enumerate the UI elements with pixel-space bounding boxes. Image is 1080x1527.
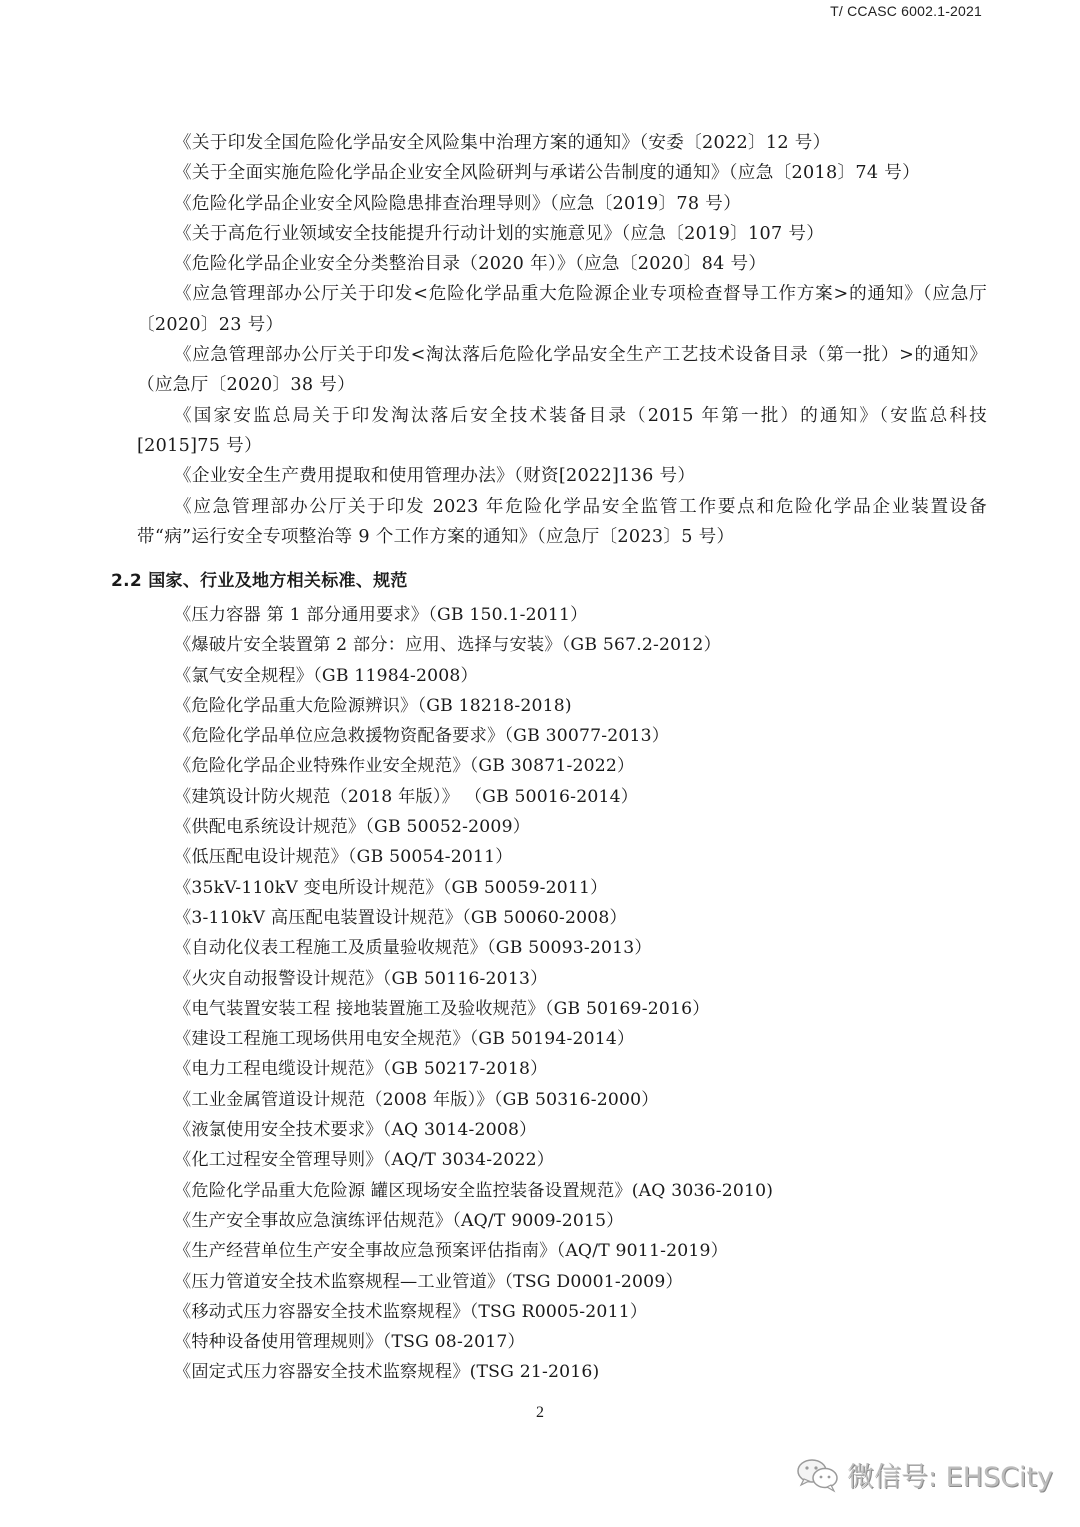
standard-item: 《化工过程安全管理导则》（AQ/T 3034-2022） xyxy=(174,1145,994,1175)
regulation-item: 《国家安监总局关于印发淘汰落后安全技术装备目录（2015 年第一批）的通知》（安… xyxy=(137,401,987,462)
standard-item: 《供配电系统设计规范》（GB 50052-2009） xyxy=(174,812,994,842)
page-number: 2 xyxy=(0,1404,1080,1422)
standard-item: 《建筑设计防火规范（2018 年版）》 （GB 50016-2014） xyxy=(174,782,994,812)
standard-item: 《3-110kV 高压配电装置设计规范》（GB 50060-2008） xyxy=(174,903,994,933)
standard-item: 《压力管道安全技术监察规程—工业管道》（TSG D0001-2009） xyxy=(174,1267,994,1297)
standard-item: 《特种设备使用管理规则》（TSG 08-2017） xyxy=(174,1327,994,1357)
standard-item: 《固定式压力容器安全技术监察规程》(TSG 21-2016) xyxy=(174,1357,994,1387)
regulation-item: 《应急管理部办公厅关于印发<危险化学品重大危险源企业专项检查督导工作方案>的通知… xyxy=(137,279,987,340)
watermark-text: 微信号: EHSCity xyxy=(847,1455,1053,1494)
standard-item: 《爆破片安全装置第 2 部分：应用、选择与安装》（GB 567.2-2012） xyxy=(174,630,994,660)
standard-item: 《建设工程施工现场供用电安全规范》（GB 50194-2014） xyxy=(174,1024,994,1054)
regulation-item: 《关于印发全国危险化学品安全风险集中治理方案的通知》（安委〔2022〕12 号） xyxy=(137,128,987,158)
standard-item: 《35kV-110kV 变电所设计规范》（GB 50059-2011） xyxy=(174,873,994,903)
regulation-item: 《关于高危行业领域安全技能提升行动计划的实施意见》（应急〔2019〕107 号） xyxy=(137,219,987,249)
standard-item: 《危险化学品重大危险源辨识》（GB 18218-2018) xyxy=(174,691,994,721)
standard-item: 《危险化学品企业特殊作业安全规范》（GB 30871-2022） xyxy=(174,751,994,781)
standard-item: 《移动式压力容器安全技术监察规程》（TSG R0005-2011） xyxy=(174,1297,994,1327)
standard-item: 《电气装置安装工程 接地装置施工及验收规范》（GB 50169-2016） xyxy=(174,994,994,1024)
standard-item: 《电力工程电缆设计规范》（GB 50217-2018） xyxy=(174,1054,994,1084)
standard-item: 《压力容器 第 1 部分通用要求》（GB 150.1-2011） xyxy=(174,600,994,630)
standard-item: 《自动化仪表工程施工及质量验收规范》（GB 50093-2013） xyxy=(174,933,994,963)
regulations-list: 《关于印发全国危险化学品安全风险集中治理方案的通知》（安委〔2022〕12 号）… xyxy=(137,128,987,552)
regulation-item: 《应急管理部办公厅关于印发 2023 年危险化学品安全监管工作要点和危险化学品企… xyxy=(137,492,987,553)
standard-item: 《生产安全事故应急演练评估规范》（AQ/T 9009-2015） xyxy=(174,1206,994,1236)
standard-item: 《火灾自动报警设计规范》（GB 50116-2013） xyxy=(174,964,994,994)
standard-item: 《氯气安全规程》（GB 11984-2008） xyxy=(174,661,994,691)
standard-item: 《危险化学品重大危险源 罐区现场安全监控装备设置规范》(AQ 3036-2010… xyxy=(174,1176,994,1206)
standard-item: 《液氯使用安全技术要求》（AQ 3014-2008） xyxy=(174,1115,994,1145)
standard-item: 《工业金属管道设计规范（2008 年版）》（GB 50316-2000） xyxy=(174,1085,994,1115)
document-code: T/ CCASC 6002.1-2021 xyxy=(830,3,982,19)
standard-item: 《生产经营单位生产安全事故应急预案评估指南》（AQ/T 9011-2019） xyxy=(174,1236,994,1266)
standard-item: 《危险化学品单位应急救援物资配备要求》（GB 30077-2013） xyxy=(174,721,994,751)
regulation-item: 《危险化学品企业安全风险隐患排查治理导则》（应急〔2019〕78 号） xyxy=(137,189,987,219)
standards-list: 《压力容器 第 1 部分通用要求》（GB 150.1-2011） 《爆破片安全装… xyxy=(174,600,994,1388)
regulation-item: 《关于全面实施危险化学品企业安全风险研判与承诺公告制度的通知》（应急〔2018〕… xyxy=(137,158,987,188)
regulation-item: 《企业安全生产费用提取和使用管理办法》（财资[2022]136 号） xyxy=(137,461,987,491)
standard-item: 《低压配电设计规范》（GB 50054-2011） xyxy=(174,842,994,872)
regulation-item: 《危险化学品企业安全分类整治目录（2020 年）》（应急〔2020〕84 号） xyxy=(137,249,987,279)
wechat-icon xyxy=(795,1457,841,1493)
section-heading: 2.2 国家、行业及地方相关标准、规范 xyxy=(111,566,408,591)
watermark: 微信号: EHSCity xyxy=(795,1455,1053,1494)
regulation-item: 《应急管理部办公厅关于印发<淘汰落后危险化学品安全生产工艺技术设备目录（第一批）… xyxy=(137,340,987,401)
